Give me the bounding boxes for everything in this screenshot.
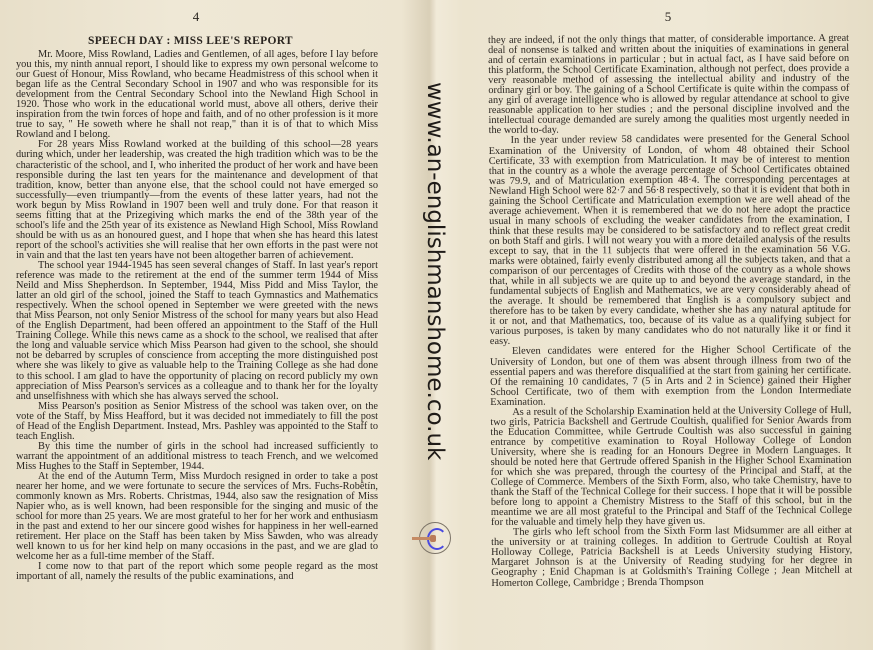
paragraph: they are indeed, if not the only things … (488, 34, 850, 137)
paragraph: At the end of the Autumn Term, Miss Murd… (16, 472, 378, 562)
site-logo-icon (419, 522, 451, 554)
paragraph: As a result of the Scholarship Examinati… (490, 406, 852, 529)
paragraph: Miss Pearson's position as Senior Mistre… (16, 402, 378, 442)
watermark-url: www.an-englishmanshome.co.uk (422, 82, 448, 460)
left-page-body: Mr. Moore, Miss Rowland, Ladies and Gent… (16, 50, 378, 582)
logo-dot-shape (430, 535, 436, 542)
book-spread: 4 SPEECH DAY : MISS LEE'S REPORT Mr. Moo… (0, 0, 873, 650)
paragraph: For 28 years Miss Rowland worked at the … (16, 140, 378, 261)
paragraph: I come now to that part of the report wh… (16, 562, 378, 582)
page-number-left: 4 (186, 9, 206, 25)
right-page-body: they are indeed, if not the only things … (488, 34, 852, 589)
paragraph: Eleven candidates were entered for the H… (490, 345, 851, 407)
paragraph: By this time the number of girls in the … (16, 442, 378, 472)
paragraph: The school year 1944-1945 has seen sever… (16, 261, 378, 402)
page-number-right: 5 (658, 9, 678, 25)
right-page: 5 they are indeed, if not the only thing… (437, 0, 873, 650)
paragraph: In the year under review 58 candidates w… (489, 134, 851, 347)
left-page: 4 SPEECH DAY : MISS LEE'S REPORT Mr. Moo… (0, 0, 437, 650)
paragraph: Mr. Moore, Miss Rowland, Ladies and Gent… (16, 50, 378, 140)
page-title: SPEECH DAY : MISS LEE'S REPORT (88, 35, 293, 47)
paragraph: The girls who left school from the Sixth… (491, 526, 852, 588)
